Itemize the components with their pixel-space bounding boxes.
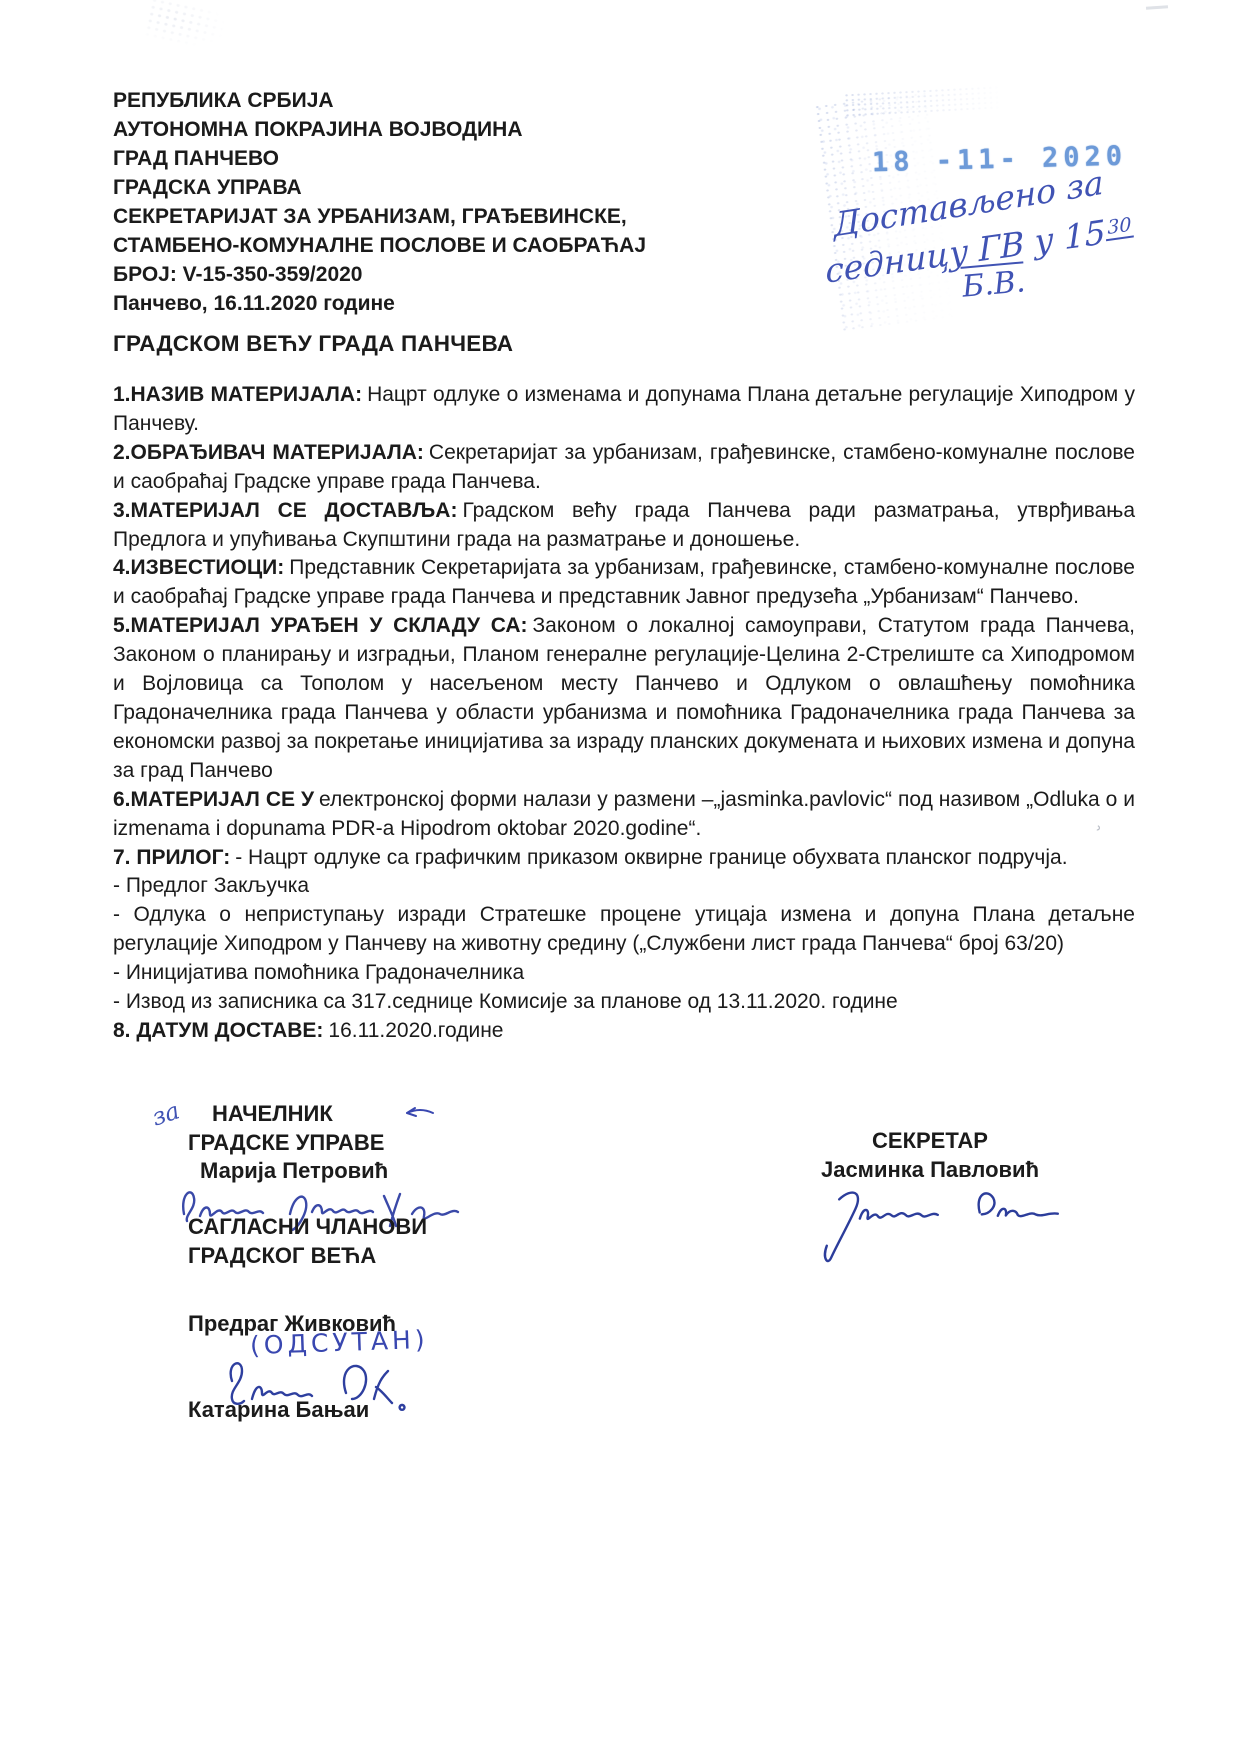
attachment-item-minutes: - Извод из записника са 317.седнице Коми… — [113, 988, 1135, 1017]
attachment-item-decision: - Одлука о неприступању изради Стратешке… — [113, 901, 1135, 959]
scan-mark-top-right — [1146, 5, 1168, 10]
handwritten-za-note: за — [148, 1096, 183, 1132]
consent-line2: ГРАДСКОГ ВЕЋА — [188, 1241, 427, 1270]
council-member-2-name: Катарина Бањаи — [188, 1397, 369, 1423]
letterhead-line-country: РЕПУБЛИКА СРБИЈА — [113, 86, 646, 115]
scanned-document-page: ˒ РЕПУБЛИКА СРБИЈА АУТОНОМНА ПОКРАЈИНА В… — [0, 0, 1240, 1752]
paragraph-delivery-date: 8. ДАТУМ ДОСТАВЕ:16.11.2020.године — [113, 1017, 1135, 1046]
letterhead-line-city: ГРАД ПАНЧЕВО — [113, 144, 646, 173]
consent-line1: САГЛАСНИ ЧЛАНОВИ — [188, 1212, 427, 1241]
signature-block-chief: за НАЧЕЛНИК ГРАДСКЕ УПРАВЕ Марија Петров… — [188, 1100, 528, 1186]
document-body: 1.НАЗИВ МАТЕРИЈАЛА:Нацрт одлуке о измена… — [113, 381, 1135, 1046]
secretary-signature — [798, 1171, 1071, 1272]
recipient-heading: ГРАДСКОМ ВЕЋУ ГРАДА ПАНЧЕВА — [113, 331, 513, 357]
letterhead: РЕПУБЛИКА СРБИЈА АУТОНОМНА ПОКРАЈИНА ВОЈ… — [113, 86, 646, 318]
stamp-ink-speckle-top — [843, 83, 1034, 119]
scan-smudge-top-left — [142, 0, 229, 56]
paragraph-legal-basis: 5.МАТЕРИЈАЛ УРАЂЕН У СКЛАДУ СА:Законом о… — [113, 612, 1135, 785]
consent-members-heading: САГЛАСНИ ЧЛАНОВИ ГРАДСКОГ ВЕЋА — [188, 1212, 427, 1270]
letterhead-line-province: АУТОНОМНА ПОКРАЈИНА ВОЈВОДИНА — [113, 115, 646, 144]
handwritten-arrow-icon — [400, 1104, 436, 1122]
stamp-handwriting-minutes: 30 — [1105, 213, 1134, 241]
attachment-item-initiative: - Иницијатива помоћника Градоначелника — [113, 959, 1135, 988]
paragraph-material-name: 1.НАЗИВ МАТЕРИЈАЛА:Нацрт одлуке о измена… — [113, 381, 1135, 439]
received-stamp: 18 -11- 2020 Достављено за седницу ГВ у … — [826, 92, 1034, 307]
attachment-item-conclusion: - Предлог Закључка — [113, 872, 1135, 901]
paragraph-electronic-form: 6.МАТЕРИЈАЛ СЕ Уелектронској форми налаз… — [113, 786, 1135, 844]
stamp-initials: Б.В. — [960, 261, 1026, 304]
paragraph-attachment: 7. ПРИЛОГ:- Нацрт одлуке са графичким пр… — [113, 844, 1135, 873]
signature-block-secretary: СЕКРЕТАР Јасминка Павловић — [760, 1126, 1100, 1184]
letterhead-line-administration: ГРАДСКА УПРАВА — [113, 173, 646, 202]
letterhead-line-secretariat-1: СЕКРЕТАРИЈАТ ЗА УРБАНИЗАМ, ГРАЂЕВИНСКЕ, — [113, 202, 646, 231]
paragraph-reporters: 4.ИЗВЕСТИОЦИ:Представник Секретаријата з… — [113, 554, 1135, 612]
secretary-title: СЕКРЕТАР — [760, 1126, 1100, 1155]
letterhead-line-date: Панчево, 16.11.2020 године — [113, 289, 646, 318]
chief-title-line2: ГРАДСКЕ УПРАВЕ — [188, 1129, 528, 1158]
chief-title-line1: НАЧЕЛНИК — [188, 1100, 528, 1129]
letterhead-line-number: БРОЈ: V-15-350-359/2020 — [113, 260, 646, 289]
paragraph-material-delivery: 3.МАТЕРИЈАЛ СЕ ДОСТАВЉА:Градском већу гр… — [113, 497, 1135, 555]
paragraph-material-author: 2.ОБРАЂИВАЧ МАТЕРИЈАЛА:Секретаријат за у… — [113, 439, 1135, 497]
signature-block-council-members: Предраг Живковић (ОДСУТАН) Катарина Бања… — [188, 1311, 588, 1337]
letterhead-line-secretariat-2: СТАМБЕНО-КОМУНАЛНЕ ПОСЛОВЕ И САОБРАЋАЈ — [113, 231, 646, 260]
